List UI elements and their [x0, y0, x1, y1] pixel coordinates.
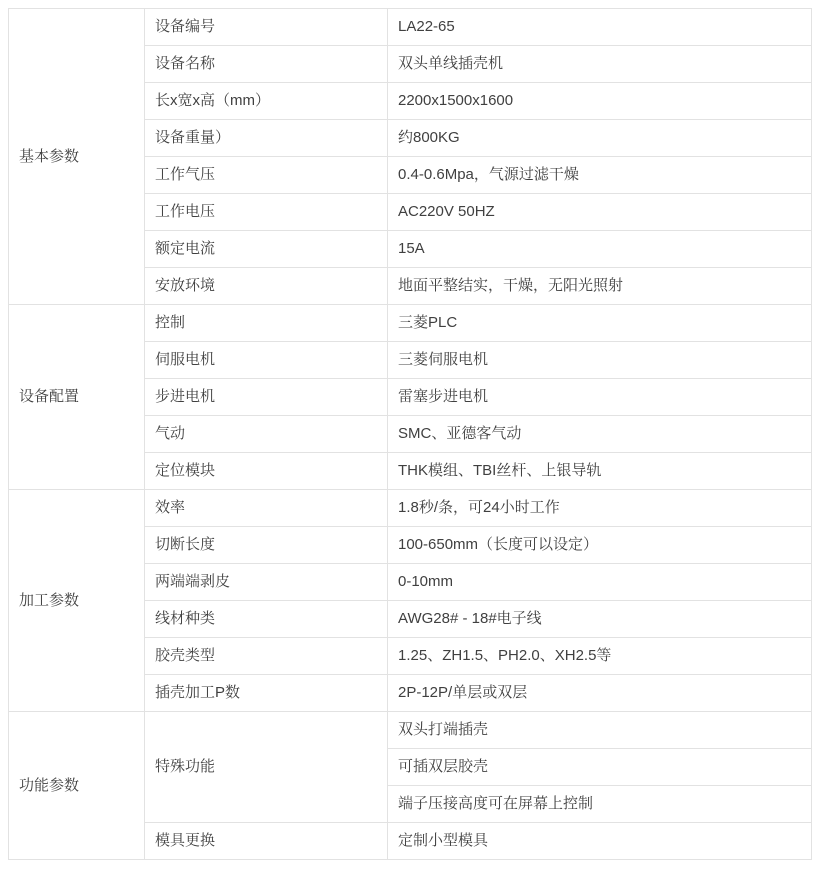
category-cell: 功能参数 [9, 712, 145, 860]
parameter-value-cell: 端子压接高度可在屏幕上控制 [388, 786, 812, 823]
parameter-value-cell: 0.4-0.6Mpa，气源过滤干燥 [388, 157, 812, 194]
parameter-label-cell: 效率 [145, 490, 388, 527]
parameter-label-cell: 设备名称 [145, 46, 388, 83]
spec-sheet: 基本参数设备编号LA22-65设备名称双头单线插壳机长x宽x高（mm）2200x… [0, 0, 819, 860]
parameter-label-cell: 伺服电机 [145, 342, 388, 379]
parameter-value-cell: 三菱PLC [388, 305, 812, 342]
table-row: 功能参数特殊功能双头打端插壳 [9, 712, 812, 749]
table-row: 加工参数效率1.8秒/条，可24小时工作 [9, 490, 812, 527]
parameter-label-cell: 插壳加工P数 [145, 675, 388, 712]
parameter-value-cell: 0-10mm [388, 564, 812, 601]
parameter-value-cell: LA22-65 [388, 9, 812, 46]
parameter-value-cell: 可插双层胶壳 [388, 749, 812, 786]
parameter-label-cell: 工作电压 [145, 194, 388, 231]
parameter-label-cell: 设备编号 [145, 9, 388, 46]
parameter-value-cell: SMC、亚德客气动 [388, 416, 812, 453]
parameter-label-cell: 胶壳类型 [145, 638, 388, 675]
parameter-value-cell: 定制小型模具 [388, 823, 812, 860]
equipment-spec-table: 基本参数设备编号LA22-65设备名称双头单线插壳机长x宽x高（mm）2200x… [8, 8, 812, 860]
parameter-value-cell: 雷塞步进电机 [388, 379, 812, 416]
category-cell: 设备配置 [9, 305, 145, 490]
parameter-value-cell: 约800KG [388, 120, 812, 157]
parameter-value-cell: 三菱伺服电机 [388, 342, 812, 379]
table-row: 基本参数设备编号LA22-65 [9, 9, 812, 46]
parameter-label-cell: 两端端剥皮 [145, 564, 388, 601]
parameter-value-cell: 2200x1500x1600 [388, 83, 812, 120]
parameter-label-cell: 控制 [145, 305, 388, 342]
parameter-value-cell: 2P-12P/单层或双层 [388, 675, 812, 712]
category-cell: 加工参数 [9, 490, 145, 712]
parameter-label-cell: 长x宽x高（mm） [145, 83, 388, 120]
parameter-label-cell: 切断长度 [145, 527, 388, 564]
parameter-value-cell: 双头打端插壳 [388, 712, 812, 749]
parameter-value-cell: 15A [388, 231, 812, 268]
parameter-label-cell: 模具更换 [145, 823, 388, 860]
parameter-value-cell: 100-650mm（长度可以设定） [388, 527, 812, 564]
parameter-label-cell: 安放环境 [145, 268, 388, 305]
parameter-label-cell: 步进电机 [145, 379, 388, 416]
parameter-value-cell: THK模组、TBI丝杆、上银导轨 [388, 453, 812, 490]
parameter-value-cell: AWG28# - 18#电子线 [388, 601, 812, 638]
parameter-value-cell: 地面平整结实，干燥，无阳光照射 [388, 268, 812, 305]
table-row: 设备配置控制三菱PLC [9, 305, 812, 342]
parameter-label-cell: 额定电流 [145, 231, 388, 268]
parameter-label-cell: 设备重量） [145, 120, 388, 157]
parameter-label-cell: 气动 [145, 416, 388, 453]
parameter-value-cell: 1.8秒/条，可24小时工作 [388, 490, 812, 527]
parameter-label-cell: 工作气压 [145, 157, 388, 194]
parameter-value-cell: 双头单线插壳机 [388, 46, 812, 83]
parameter-value-cell: AC220V 50HZ [388, 194, 812, 231]
parameter-label-cell: 定位模块 [145, 453, 388, 490]
parameter-label-cell: 特殊功能 [145, 712, 388, 823]
parameter-label-cell: 线材种类 [145, 601, 388, 638]
category-cell: 基本参数 [9, 9, 145, 305]
parameter-value-cell: 1.25、ZH1.5、PH2.0、XH2.5等 [388, 638, 812, 675]
